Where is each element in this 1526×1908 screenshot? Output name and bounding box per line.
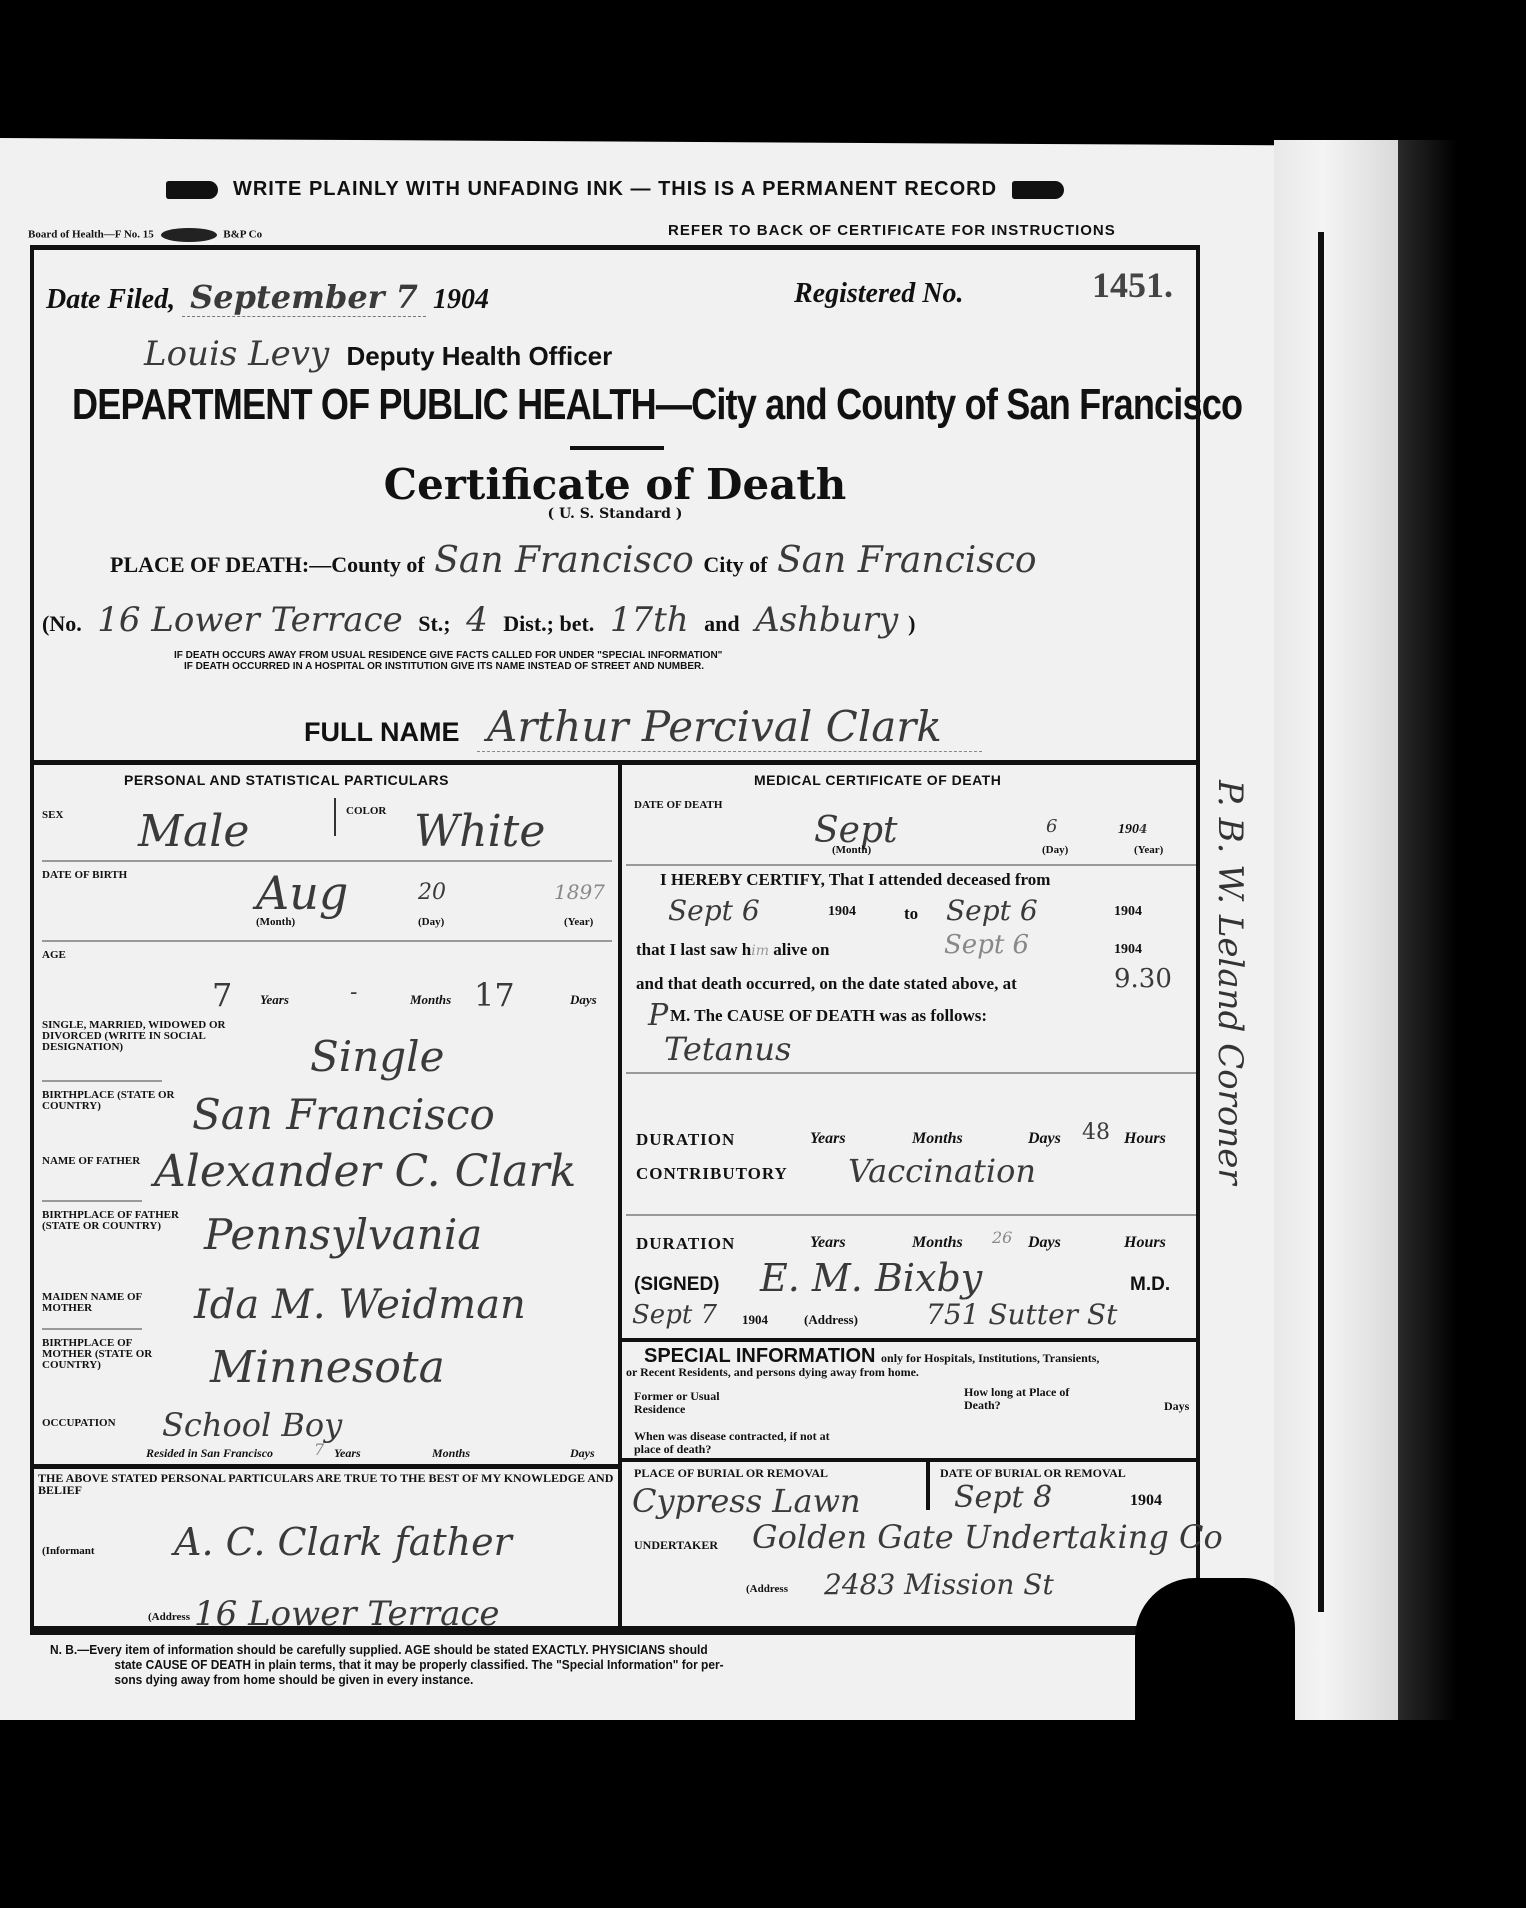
undertaker-address-label: (Address bbox=[746, 1584, 788, 1595]
last-saw-year: 1904 bbox=[1114, 942, 1142, 958]
to-label: to bbox=[904, 904, 918, 924]
certificate-subtitle: ( U. S. Standard ) bbox=[34, 506, 1196, 522]
undertaker-address: 2483 Mission St bbox=[824, 1568, 1054, 1601]
burial-date: Sept 8 bbox=[954, 1480, 1052, 1515]
informant-label: (Informant bbox=[42, 1546, 95, 1557]
father-birthplace-value: Pennsylvania bbox=[204, 1210, 482, 1259]
informant-rule bbox=[34, 1464, 620, 1469]
undertaker-label: UNDERTAKER bbox=[634, 1540, 718, 1551]
section-rule bbox=[34, 760, 1196, 765]
physician-signature: E. M. Bixby bbox=[760, 1256, 982, 1300]
dod-month-unit: (Month) bbox=[832, 844, 871, 856]
occupation-value: School Boy bbox=[162, 1406, 342, 1444]
burial-date-label: DATE of BURIAL or REMOVAL bbox=[940, 1468, 1126, 1479]
residence-note-line1: IF DEATH OCCURS AWAY FROM USUAL RESIDENC… bbox=[174, 650, 722, 661]
informant-address-label: (Address bbox=[148, 1612, 190, 1623]
last-saw-text: that I last saw h bbox=[636, 940, 751, 959]
how-long-label: How long at Place of Death? bbox=[964, 1386, 1074, 1412]
days-unit: Days bbox=[570, 992, 597, 1008]
physician-address: 751 Sutter St bbox=[926, 1298, 1117, 1331]
duration-months-unit: Months bbox=[912, 1130, 963, 1148]
coroner-note-text: P. B. W. Leland Coroner bbox=[1210, 780, 1250, 1185]
duration-2-days-unit: Days bbox=[1028, 1234, 1061, 1252]
special-heading-text: SPECIAL INFORMATION bbox=[644, 1345, 875, 1367]
ink-notice: WRITE PLAINLY WITH UNFADING INK — THIS I… bbox=[80, 178, 1150, 201]
mother-birthplace-value: Minnesota bbox=[210, 1342, 445, 1393]
years-unit: Years bbox=[260, 992, 289, 1008]
months-unit: Months bbox=[410, 992, 451, 1008]
officer-signature: Louis Levy bbox=[144, 334, 329, 374]
resided-days-unit: Days bbox=[570, 1446, 595, 1461]
duration-2-days-value: 26 bbox=[992, 1228, 1012, 1247]
burial-year: 1904 bbox=[1130, 1492, 1162, 1510]
duration-hours-unit: Hours bbox=[1124, 1130, 1166, 1148]
row-rule bbox=[42, 1328, 142, 1330]
signed-label: (SIGNED) bbox=[634, 1274, 720, 1296]
row-rule bbox=[626, 1214, 1196, 1216]
signed-year: 1904 bbox=[742, 1312, 768, 1328]
duration-days-unit: Days bbox=[1028, 1130, 1061, 1148]
refer-instructions: REFER TO BACK OF CERTIFICATE FOR INSTRUC… bbox=[668, 222, 1116, 239]
marital-label: SINGLE, MARRIED, WIDOWED OR DIVORCED (Wr… bbox=[42, 1020, 262, 1053]
md-label: M.D. bbox=[1130, 1274, 1170, 1296]
certify-text: I HEREBY CERTIFY, That I attended deceas… bbox=[660, 870, 1050, 890]
last-saw-date: Sept 6 bbox=[944, 930, 1029, 960]
dod-day-unit: (Day) bbox=[1042, 844, 1068, 856]
death-occurred-text: and that death occurred, on the date sta… bbox=[636, 974, 1017, 994]
pointing-hand-icon bbox=[166, 181, 218, 199]
dod-year-unit: (Year) bbox=[1134, 844, 1163, 856]
date-filed: Date Filed, September 7 1904 bbox=[46, 278, 489, 316]
city-label: City of bbox=[703, 552, 767, 577]
contracted-label: When was disease contracted, if not at p… bbox=[634, 1430, 834, 1456]
street-value: 16 Lower Terrace bbox=[97, 600, 403, 640]
informant-statement: THE ABOVE STATED PERSONAL PARTICULARS AR… bbox=[38, 1472, 614, 1496]
duration-label: DURATION bbox=[636, 1130, 735, 1150]
attended-to-year: 1904 bbox=[1114, 904, 1142, 920]
footnote-line1: N. B.—Every item of information should b… bbox=[50, 1642, 708, 1657]
sex-label: SEX bbox=[42, 810, 63, 821]
full-name-value: Arthur Percival Clark bbox=[477, 702, 982, 752]
death-address: (No. 16 Lower Terrace St.; 4 Dist.; bet.… bbox=[42, 600, 915, 640]
meridiem-value: P bbox=[648, 998, 668, 1033]
county-value: San Francisco bbox=[434, 540, 694, 581]
duration-years-unit: Years bbox=[810, 1130, 846, 1148]
st-label: St.; bbox=[418, 611, 450, 636]
row-rule bbox=[42, 1080, 162, 1082]
dod-year-hand: 4 bbox=[1139, 822, 1147, 836]
footnote-line3: sons dying away from home should be give… bbox=[50, 1672, 1025, 1687]
union-seal-icon bbox=[161, 228, 217, 242]
row-rule bbox=[626, 1072, 1196, 1074]
death-time: 9.30 bbox=[1114, 964, 1172, 994]
birthplace-label: BIRTHPLACE (State or Country) bbox=[42, 1090, 182, 1112]
cause-label: M. The CAUSE OF DEATH was as follows: bbox=[670, 1006, 987, 1026]
place-of-death: PLACE OF DEATH:—County of San Francisco … bbox=[110, 540, 1041, 581]
contributory-label: CONTRIBUTORY bbox=[636, 1164, 788, 1184]
residence-note-line2: IF DEATH OCCURRED IN A HOSPITAL OR INSTI… bbox=[174, 661, 722, 672]
full-name-label: FULL NAME bbox=[304, 717, 460, 747]
duration-2-label: DURATION bbox=[636, 1234, 735, 1254]
notice-text: WRITE PLAINLY WITH UNFADING INK — THIS I… bbox=[233, 178, 997, 200]
father-birthplace-label: BIRTHPLACE OF FATHER (State or Country) bbox=[42, 1210, 182, 1232]
dod-year-prefix: 1904 bbox=[1118, 822, 1147, 838]
special-heading-note: only for Hospitals, Institutions, Transi… bbox=[881, 1351, 1099, 1365]
resided-label: Resided in San Francisco bbox=[146, 1446, 273, 1461]
sex-color-divider bbox=[334, 798, 336, 836]
registered-label: Registered No. bbox=[794, 278, 964, 310]
mother-value: Ida M. Weidman bbox=[194, 1282, 526, 1328]
residence-note: IF DEATH OCCURS AWAY FROM USUAL RESIDENC… bbox=[174, 650, 722, 672]
duration-2-months-unit: Months bbox=[912, 1234, 963, 1252]
date-filed-label: Date Filed, bbox=[46, 284, 175, 315]
printer-mark: B&P Co bbox=[223, 229, 262, 241]
place-label: PLACE OF DEATH:—County of bbox=[110, 552, 425, 577]
scan-shadow bbox=[1398, 140, 1458, 1720]
attended-to: Sept 6 bbox=[946, 894, 1038, 927]
last-saw-pronoun: im bbox=[751, 943, 769, 959]
resided-years-unit: Years bbox=[334, 1446, 361, 1461]
certificate-frame: Date Filed, September 7 1904 Registered … bbox=[30, 245, 1200, 1635]
dob-year: 1897 bbox=[554, 880, 605, 904]
duration-2-years-unit: Years bbox=[810, 1234, 846, 1252]
contributory-value: Vaccination bbox=[848, 1152, 1036, 1190]
color-label: COLOR bbox=[346, 806, 386, 817]
burial-rule bbox=[622, 1458, 1196, 1462]
title-rule bbox=[570, 446, 664, 450]
dod-label: DATE OF DEATH bbox=[634, 800, 722, 811]
former-residence-label: Former or Usual Residence bbox=[634, 1390, 744, 1416]
no-label: (No. bbox=[42, 611, 82, 636]
row-rule bbox=[42, 860, 612, 862]
age-days: 17 bbox=[474, 976, 515, 1014]
signed-date: Sept 7 bbox=[632, 1300, 717, 1330]
informant-name: A. C. Clark father bbox=[174, 1520, 512, 1564]
sex-value: Male bbox=[138, 806, 249, 857]
medical-heading: MEDICAL CERTIFICATE OF DEATH bbox=[754, 772, 1001, 788]
father-label: NAME OF FATHER bbox=[42, 1156, 142, 1167]
board-form-line: Board of Health—F No. 15 B&P Co bbox=[28, 228, 262, 242]
date-filed-year: 1904 bbox=[433, 284, 489, 315]
cause-value: Tetanus bbox=[664, 1030, 791, 1068]
attended-from-year: 1904 bbox=[828, 904, 856, 920]
personal-heading: PERSONAL AND STATISTICAL PARTICULARS bbox=[124, 772, 449, 788]
footnote-line2: state CAUSE OF DEATH in plain terms, tha… bbox=[50, 1657, 1025, 1672]
burial-place: Cypress Lawn bbox=[632, 1482, 861, 1520]
attended-from: Sept 6 bbox=[668, 894, 760, 927]
occupation-label: OCCUPATION bbox=[42, 1418, 116, 1429]
duration-hours-value: 48 bbox=[1082, 1120, 1110, 1145]
how-long-days: Days bbox=[1164, 1400, 1189, 1413]
burial-place-label: PLACE OF BURIAL OR REMOVAL bbox=[634, 1468, 828, 1479]
dob-month: Aug bbox=[256, 866, 348, 920]
thumb-occlusion bbox=[1135, 1578, 1295, 1768]
column-divider bbox=[618, 765, 622, 1632]
special-sub: or Recent Residents, and persons dying a… bbox=[626, 1365, 919, 1380]
coroner-margin-note: P. B. W. Leland Coroner bbox=[1212, 780, 1252, 1220]
undertaker-name: Golden Gate Undertaking Co bbox=[752, 1518, 1223, 1556]
last-saw-label: that I last saw him alive on bbox=[636, 940, 829, 960]
certificate-title: Certificate of Death bbox=[34, 460, 1196, 509]
resided-years: 7 bbox=[314, 1440, 324, 1459]
age-years: 7 bbox=[212, 976, 232, 1014]
father-value: Alexander C. Clark bbox=[154, 1146, 576, 1197]
deputy-officer: Louis Levy Deputy Health Officer bbox=[144, 334, 612, 374]
row-rule bbox=[42, 1200, 142, 1202]
birthplace-value: San Francisco bbox=[192, 1090, 495, 1139]
marital-value: Single bbox=[310, 1032, 444, 1081]
day-unit: (Day) bbox=[418, 916, 444, 928]
mother-birthplace-label: BIRTHPLACE OF MOTHER (State or Country) bbox=[42, 1338, 172, 1371]
dob-day: 20 bbox=[418, 880, 446, 905]
paper-right-margin bbox=[1274, 140, 1398, 1720]
footnote: N. B.—Every item of information should b… bbox=[50, 1642, 1025, 1687]
row-rule bbox=[626, 864, 1196, 866]
alive-on-label: alive on bbox=[773, 940, 829, 959]
pointing-hand-icon bbox=[1012, 181, 1064, 199]
physician-address-label: (Address) bbox=[804, 1312, 858, 1328]
bottom-rule bbox=[34, 1626, 1196, 1631]
burial-divider bbox=[926, 1462, 930, 1510]
ward-value: 4 bbox=[466, 600, 488, 640]
month-unit: (Month) bbox=[256, 916, 295, 928]
officer-title: Deputy Health Officer bbox=[346, 341, 612, 371]
row-rule bbox=[42, 940, 612, 942]
department-title: DEPARTMENT OF PUBLIC HEALTH—City and Cou… bbox=[72, 380, 974, 430]
registered-number: 1451. bbox=[1092, 264, 1173, 306]
between-street-1: 17th bbox=[610, 600, 689, 640]
mother-label: MAIDEN NAME OF MOTHER bbox=[42, 1292, 172, 1314]
year-unit: (Year) bbox=[564, 916, 593, 928]
age-label: AGE bbox=[42, 950, 66, 961]
and-label: and bbox=[704, 611, 739, 636]
special-rule bbox=[622, 1338, 1196, 1342]
board-form-number: Board of Health—F No. 15 bbox=[28, 229, 154, 241]
dist-label: Dist.; bet. bbox=[503, 611, 594, 636]
city-value: San Francisco bbox=[777, 540, 1037, 581]
duration-2-hours-unit: Hours bbox=[1124, 1234, 1166, 1252]
full-name: FULL NAME Arthur Percival Clark bbox=[304, 702, 982, 751]
resided-months-unit: Months bbox=[432, 1446, 470, 1461]
date-filed-value: September 7 bbox=[182, 278, 426, 317]
dod-year-print: 190 bbox=[1118, 822, 1139, 837]
margin-rule bbox=[1318, 232, 1324, 1612]
between-street-2: Ashbury bbox=[755, 600, 898, 640]
dob-label: DATE OF BIRTH bbox=[42, 870, 127, 881]
age-months: - bbox=[350, 980, 357, 1005]
color-value: White bbox=[414, 806, 545, 857]
dod-day: 6 bbox=[1046, 816, 1057, 837]
